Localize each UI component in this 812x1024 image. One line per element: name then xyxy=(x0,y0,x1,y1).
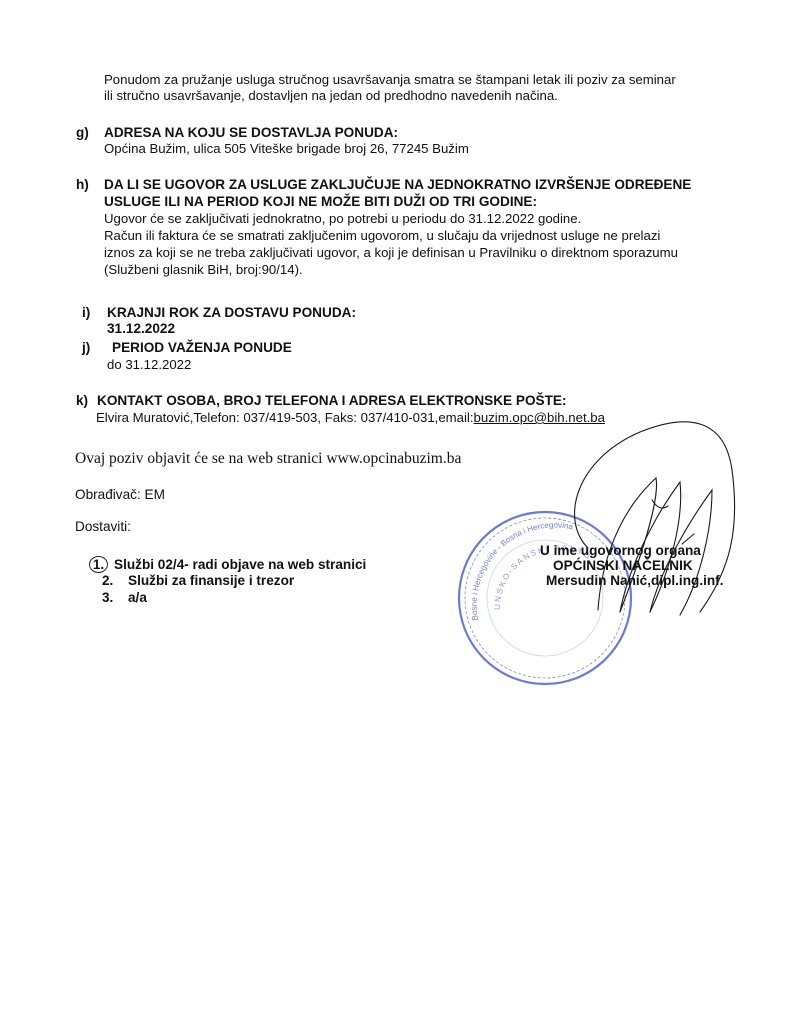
section-letter: g) xyxy=(76,125,89,140)
intro-line-1: Ponudom za pružanje usluga stručnog usav… xyxy=(104,72,676,88)
section-body-line-3: iznos za koji se ne treba zaključivati u… xyxy=(104,245,678,261)
list-item: 3.a/a xyxy=(102,590,147,606)
list-number: 2. xyxy=(102,573,128,589)
list-text: a/a xyxy=(128,590,147,605)
signature-line-2: OPĆINSKI NAČELNIK xyxy=(553,558,693,573)
contact-line: Elvira Muratović,Telefon: 037/419-503, F… xyxy=(96,410,605,426)
section-body-line-2: Račun ili faktura će se smatrati zaključ… xyxy=(104,228,660,244)
list-item: 1.Službi 02/4- radi objave na web strani… xyxy=(92,556,366,573)
intro-line-2: ili stručno usavršavanje, dostavljen na … xyxy=(104,88,558,104)
section-heading-line-2: USLUGE ILI NA PERIOD KOJI NE MOŽE BITI D… xyxy=(104,194,537,210)
list-number-circled: 1. xyxy=(89,556,108,573)
section-heading: KRAJNJI ROK ZA DOSTAVU PONUDA: xyxy=(107,305,356,321)
deliver-label: Dostaviti: xyxy=(75,519,131,535)
list-text: Službi za finansije i trezor xyxy=(128,573,294,588)
section-body-line-4: (Službeni glasnik BiH, broj:90/14). xyxy=(104,262,303,278)
section-letter: i) xyxy=(82,305,90,320)
signature-line-3: Mersudin Nanić,dipl.ing.inf. xyxy=(546,573,723,588)
validity-value: do 31.12.2022 xyxy=(107,357,191,373)
contact-details: Elvira Muratović,Telefon: 037/419-503, F… xyxy=(96,410,474,425)
publish-note: Ovaj poziv objavit će se na web stranici… xyxy=(75,450,461,468)
signature-line-1: U ime ugovornog organa xyxy=(540,543,701,558)
section-heading: ADRESA NA KOJU SE DOSTAVLJA PONUDA: xyxy=(104,125,398,141)
list-number: 3. xyxy=(102,590,128,606)
section-body-line-1: Ugovor će se zaključivati jednokratno, p… xyxy=(104,211,581,227)
list-text: Službi 02/4- radi objave na web stranici xyxy=(114,557,366,572)
section-heading: KONTAKT OSOBA, BROJ TELEFONA I ADRESA EL… xyxy=(97,393,567,409)
section-letter: h) xyxy=(76,177,89,192)
list-item: 2.Službi za finansije i trezor xyxy=(102,573,294,589)
delivery-address: Općina Bužim, ulica 505 Viteške brigade … xyxy=(104,141,469,157)
processor-label: Obrađivač: EM xyxy=(75,487,165,503)
section-letter: k) xyxy=(76,393,88,408)
email-link[interactable]: buzim.opc@bih.net.ba xyxy=(474,410,605,425)
section-heading: PERIOD VAŽENJA PONUDE xyxy=(112,340,292,356)
deadline-value: 31.12.2022 xyxy=(107,321,175,337)
section-heading-line-1: DA LI SE UGOVOR ZA USLUGE ZAKLJUČUJE NA … xyxy=(104,177,691,193)
section-letter: j) xyxy=(82,340,90,355)
